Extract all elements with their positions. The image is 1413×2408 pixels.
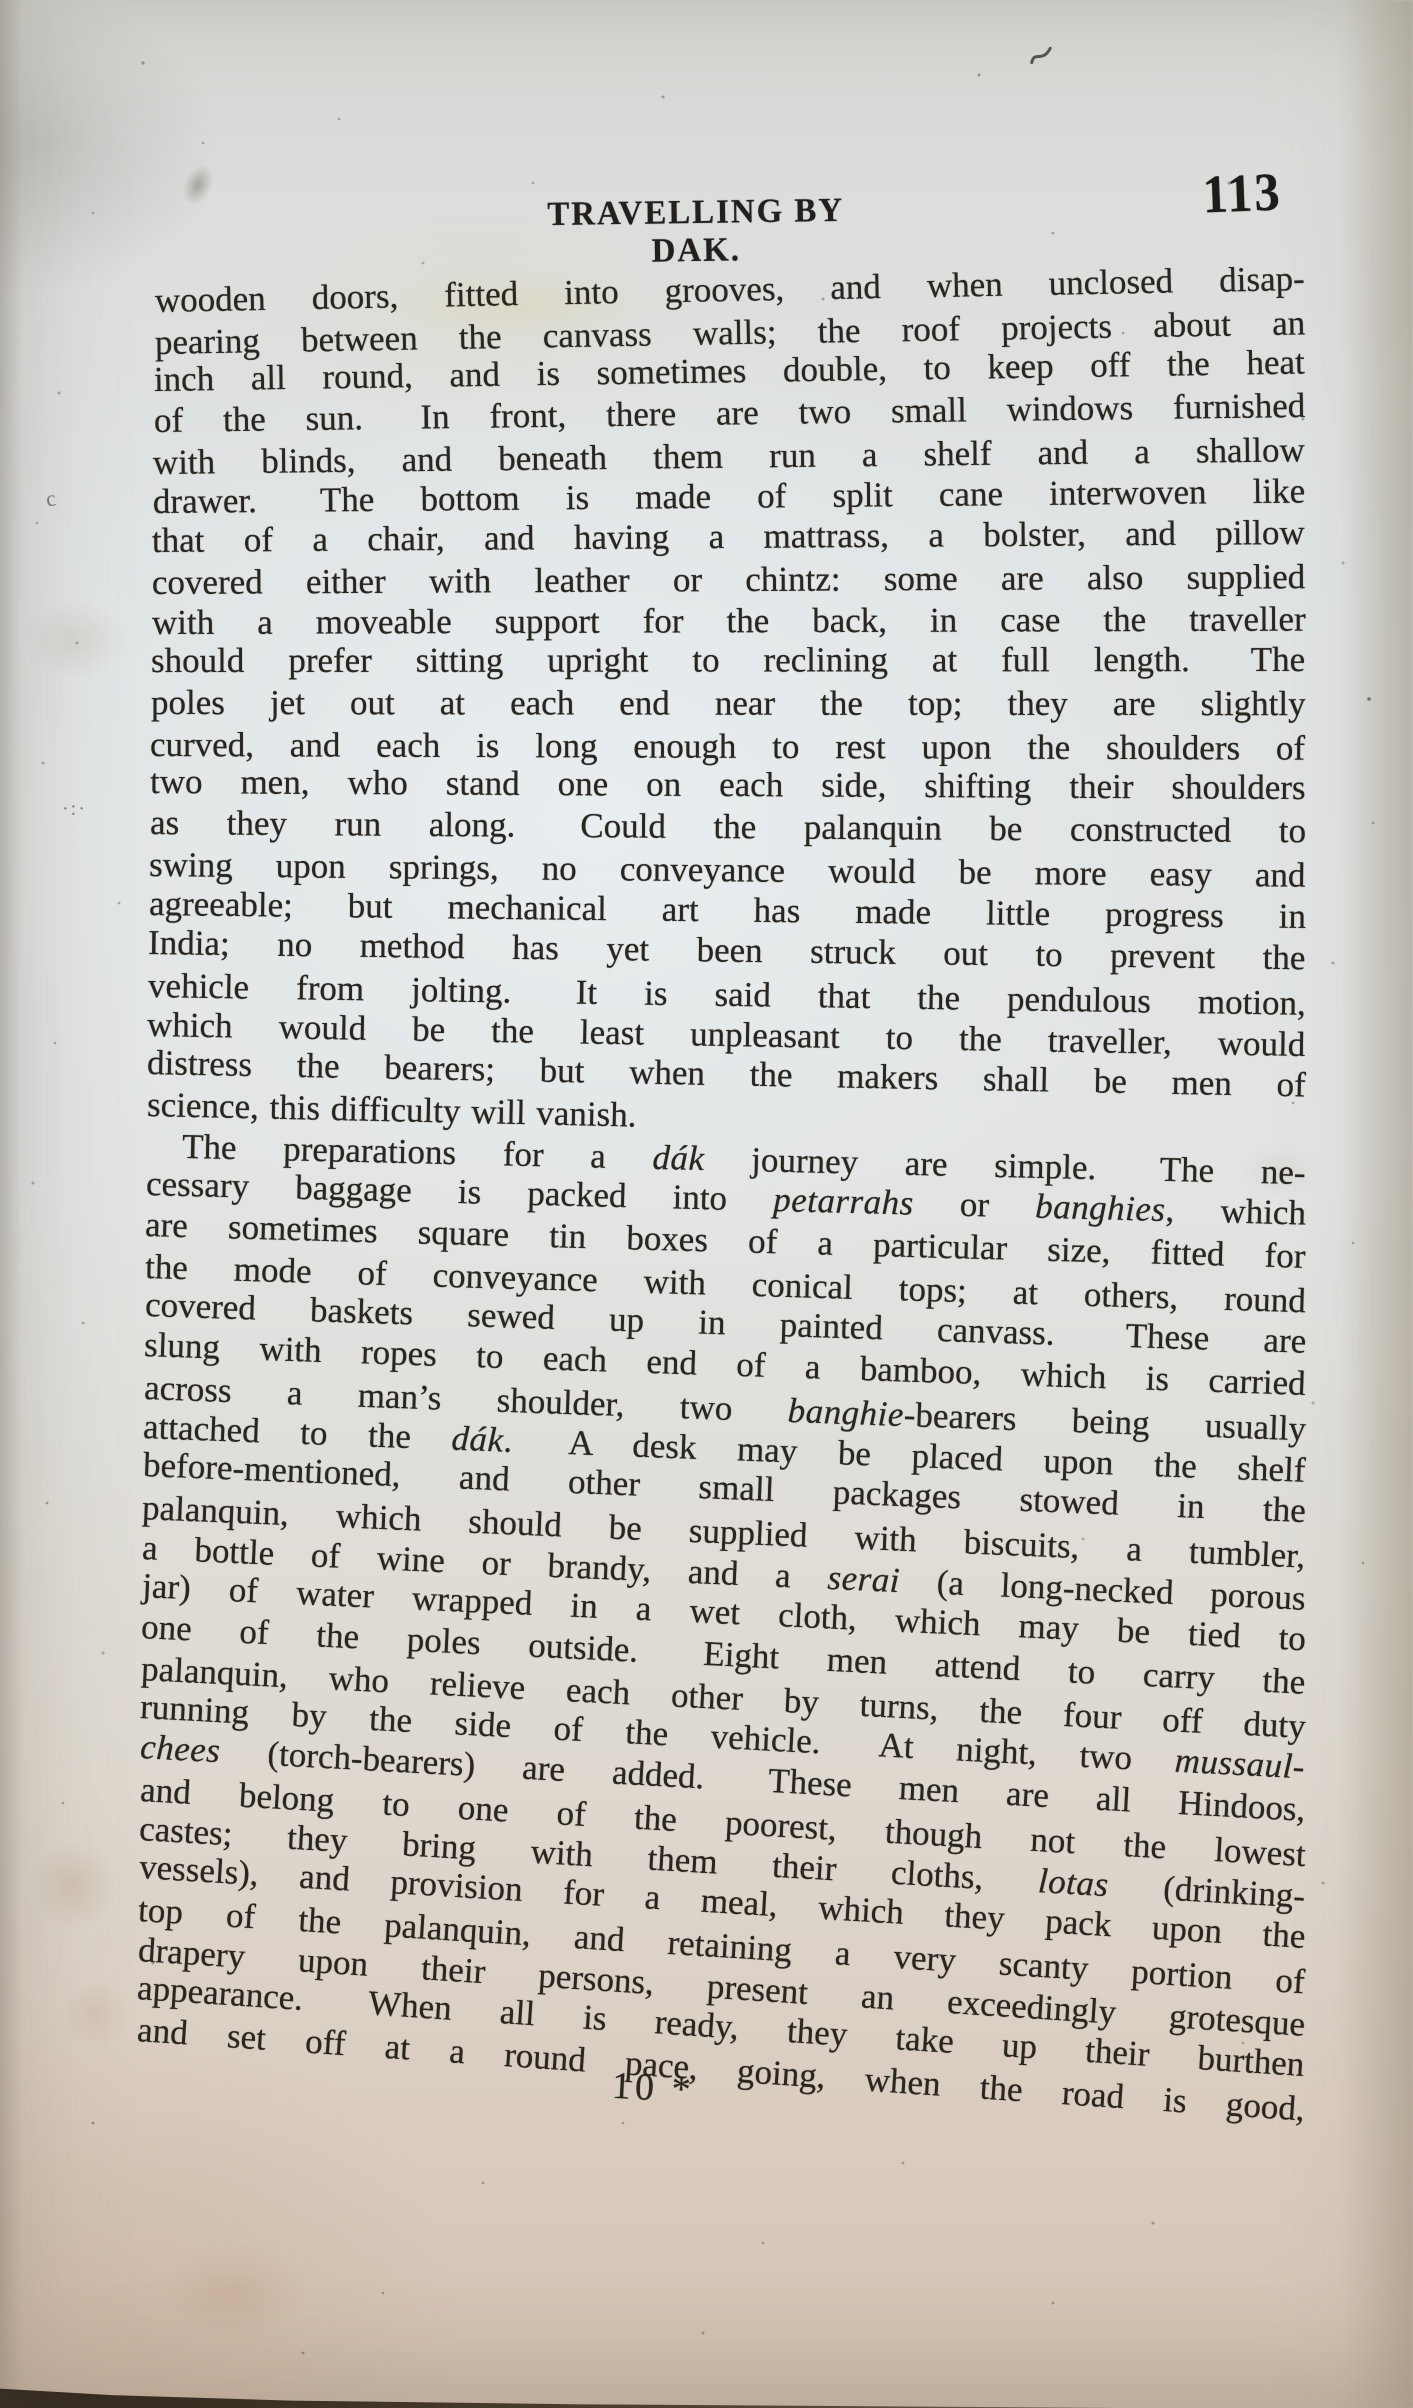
- foxing-stain: [60, 1980, 130, 2050]
- dust-specks: [0, 0, 2, 2]
- text-line: should prefer sitting upright to reclini…: [151, 640, 1305, 684]
- ink-squiggle-mark: [1025, 42, 1061, 75]
- text-line: that of a chair, and having a mattrass, …: [152, 513, 1305, 564]
- book-edge-shadow: [0, 2362, 1120, 2408]
- margin-smudge-mark: c: [43, 485, 58, 512]
- foxing-stain: [28, 1840, 118, 1930]
- text-line: covered either with leather or chintz: s…: [152, 558, 1305, 607]
- foxing-stain: [160, 2240, 310, 2340]
- margin-smudge-mark: ·:·: [62, 798, 87, 821]
- running-head: TRAVELLING BY DAK.: [510, 191, 882, 272]
- page-number: 113: [1201, 161, 1282, 226]
- text-line: poles jet out at each end near the top; …: [151, 683, 1306, 727]
- scanned-book-page: c ·:· TRAVELLING BY DAK. 113 wooden door…: [0, 0, 1413, 2408]
- foxing-stain: [20, 600, 130, 680]
- smudge-mark: [178, 161, 218, 208]
- signature-mark: 10 *: [611, 2064, 696, 2112]
- page-left-edge-shading: [0, 0, 22, 2408]
- page-right-edge: [1343, 0, 1413, 2408]
